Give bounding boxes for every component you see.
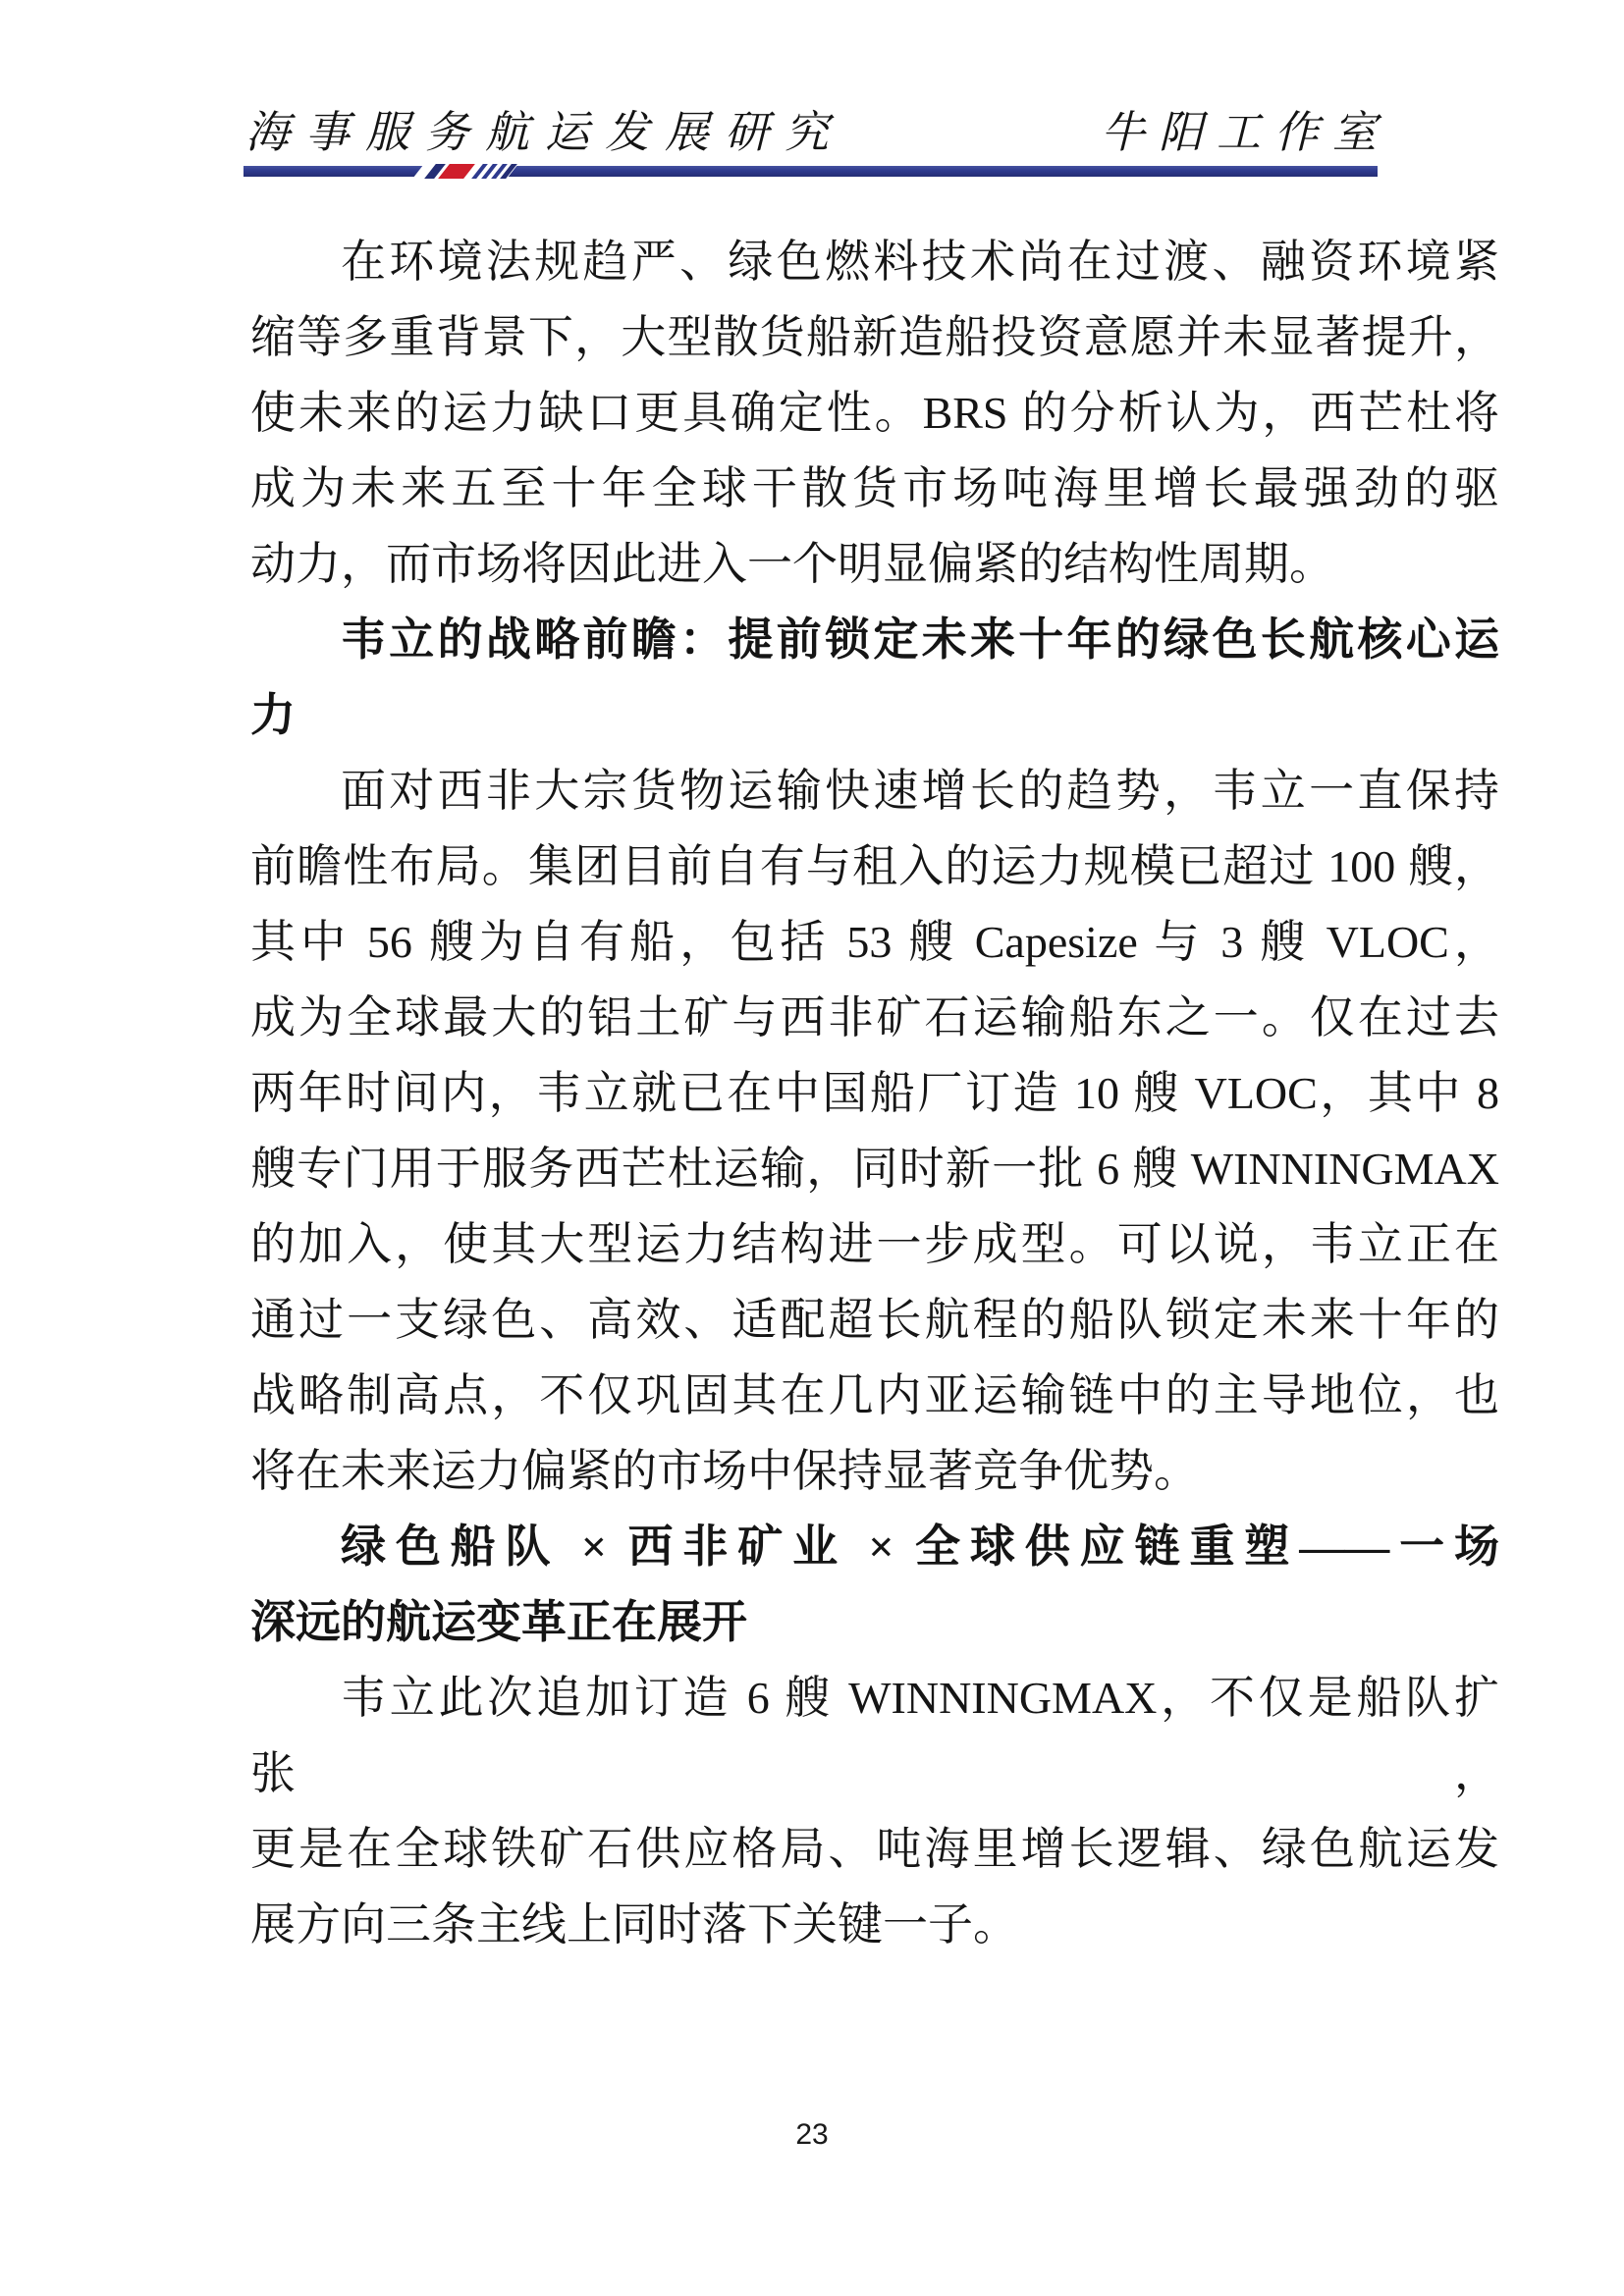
text-line: 将在未来运力偏紧的市场中保持显著竞争优势。 bbox=[250, 1433, 1499, 1509]
header-rule-bar bbox=[244, 166, 1378, 177]
text-line: 使未来的运力缺口更具确定性。BRS 的分析认为，西芒杜将 bbox=[250, 375, 1499, 451]
text-line: 的加入，使其大型运力结构进一步成型。可以说，韦立正在 bbox=[250, 1206, 1499, 1282]
text-line: 两年时间内，韦立就已在中国船厂订造 10 艘 VLOC，其中 8 bbox=[250, 1055, 1499, 1131]
section-heading-line: 深远的航运变革正在展开 bbox=[250, 1584, 1499, 1660]
text-line: 其中 56 艘为自有船，包括 53 艘 Capesize 与 3 艘 VLOC， bbox=[250, 904, 1499, 980]
text-line: 成为全球最大的铝土矿与西非矿石运输船东之一。仅在过去 bbox=[250, 980, 1499, 1055]
text-line: 在环境法规趋严、绿色燃料技术尚在过渡、融资环境紧 bbox=[250, 224, 1499, 299]
page-number: 23 bbox=[0, 2118, 1624, 2152]
section-heading-line: 力 bbox=[250, 677, 1499, 753]
text-line: 动力，而市场将因此进入一个明显偏紧的结构性周期。 bbox=[250, 526, 1499, 602]
text-line: 成为未来五至十年全球干散货市场吨海里增长最强劲的驱 bbox=[250, 451, 1499, 526]
text-line: 艘专门用于服务西芒杜运输，同时新一批 6 艘 WINNINGMAX bbox=[250, 1131, 1499, 1206]
section-heading-line: 韦立的战略前瞻：提前锁定未来十年的绿色长航核心运 bbox=[250, 602, 1499, 677]
text-line: 展方向三条主线上同时落下关键一子。 bbox=[250, 1887, 1499, 1962]
section-heading-line: 绿色船队 × 西非矿业 × 全球供应链重塑——一场 bbox=[250, 1509, 1499, 1584]
text-line: 前瞻性布局。集团目前自有与租入的运力规模已超过 100 艘， bbox=[250, 828, 1499, 904]
header-studio-name: 牛阳工作室 bbox=[1101, 96, 1390, 160]
text-line: 通过一支绿色、高效、适配超长航程的船队锁定未来十年的 bbox=[250, 1282, 1499, 1358]
text-line: 韦立此次追加订造 6 艘 WINNINGMAX，不仅是船队扩张， bbox=[250, 1660, 1499, 1811]
document-body: 在环境法规趋严、绿色燃料技术尚在过渡、融资环境紧 缩等多重背景下，大型散货船新造… bbox=[250, 224, 1499, 1962]
text-line: 更是在全球铁矿石供应格局、吨海里增长逻辑、绿色航运发 bbox=[250, 1811, 1499, 1887]
header-journal-title: 海事服务航运发展研究 bbox=[245, 96, 844, 160]
text-line: 缩等多重背景下，大型散货船新造船投资意愿并未显著提升， bbox=[250, 299, 1499, 375]
text-line: 战略制高点，不仅巩固其在几内亚运输链中的主导地位，也 bbox=[250, 1358, 1499, 1433]
text-line: 面对西非大宗货物运输快速增长的趋势，韦立一直保持 bbox=[250, 753, 1499, 828]
document-page: 海事服务航运发展研究 牛阳工作室 在环境法规趋严、绿色燃料技术尚在过渡、融资环境… bbox=[0, 0, 1624, 2296]
